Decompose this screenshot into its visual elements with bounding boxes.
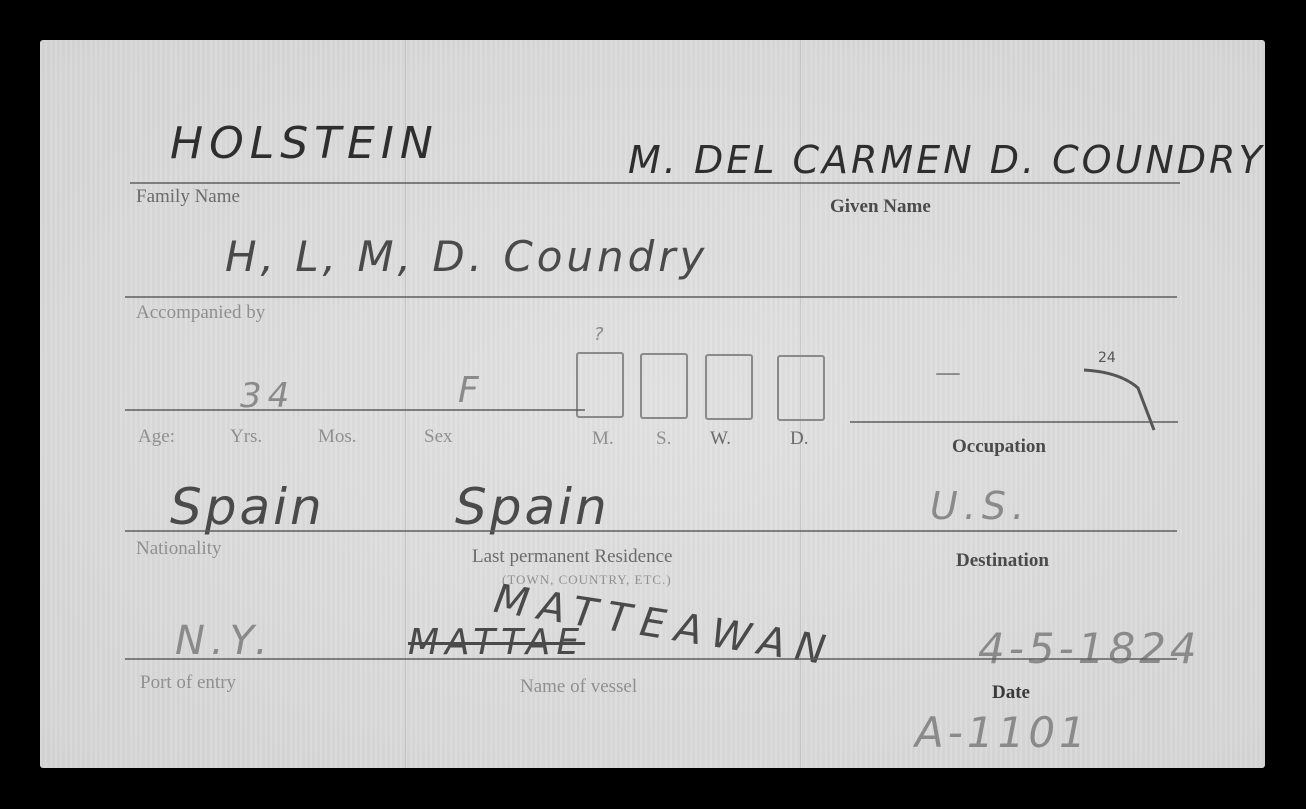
widowed-checkbox[interactable] <box>705 354 753 420</box>
immigration-card: HOLSTEIN M. DEL CARMEN D. COUNDRY Family… <box>40 40 1265 768</box>
family-name-rule <box>130 182 1180 184</box>
vessel-label: Name of vessel <box>520 676 637 698</box>
given-name-value: M. DEL CARMEN D. COUNDRY <box>628 138 1265 182</box>
nationality-value: Spain <box>170 478 325 536</box>
divorced-label: D. <box>790 428 808 450</box>
last-residence-value: Spain <box>455 478 610 536</box>
family-name-value: HOLSTEIN <box>170 118 439 169</box>
destination-value: U.S. <box>930 484 1030 528</box>
given-name-label: Given Name <box>830 196 931 218</box>
sex-label: Sex <box>424 426 453 448</box>
age-rule <box>125 409 585 411</box>
svg-text:24: 24 <box>1098 350 1116 366</box>
last-residence-label: Last permanent Residence <box>472 546 672 568</box>
family-name-label: Family Name <box>136 186 240 208</box>
date-label: Date <box>992 682 1030 704</box>
vessel-struck-value: MATTAE <box>408 622 585 663</box>
age-months-label: Mos. <box>318 426 357 448</box>
single-checkbox[interactable] <box>640 353 688 419</box>
age-label: Age: <box>138 426 175 448</box>
sex-value: F <box>458 370 485 411</box>
date-value: 4-5-1824 <box>978 624 1201 673</box>
nationality-label: Nationality <box>136 538 221 560</box>
port-of-entry-label: Port of entry <box>140 672 236 694</box>
marital-note: ? <box>594 324 610 345</box>
age-years-label: Yrs. <box>230 426 262 448</box>
married-label: M. <box>592 428 614 450</box>
accompanied-by-value: H, L, M, D. Coundry <box>225 232 708 281</box>
file-number: A-1101 <box>915 708 1090 757</box>
occupation-label: Occupation <box>952 436 1046 458</box>
destination-label: Destination <box>956 550 1049 572</box>
accompanied-by-rule <box>125 296 1177 298</box>
widowed-label: W. <box>710 428 731 450</box>
divorced-checkbox[interactable] <box>777 355 825 421</box>
occupation-value: — <box>935 358 967 388</box>
nationality-rule <box>125 530 1177 532</box>
occupation-rule <box>850 421 1178 423</box>
single-label: S. <box>656 428 671 450</box>
accompanied-by-label: Accompanied by <box>136 302 265 324</box>
port-rule <box>125 658 1177 660</box>
